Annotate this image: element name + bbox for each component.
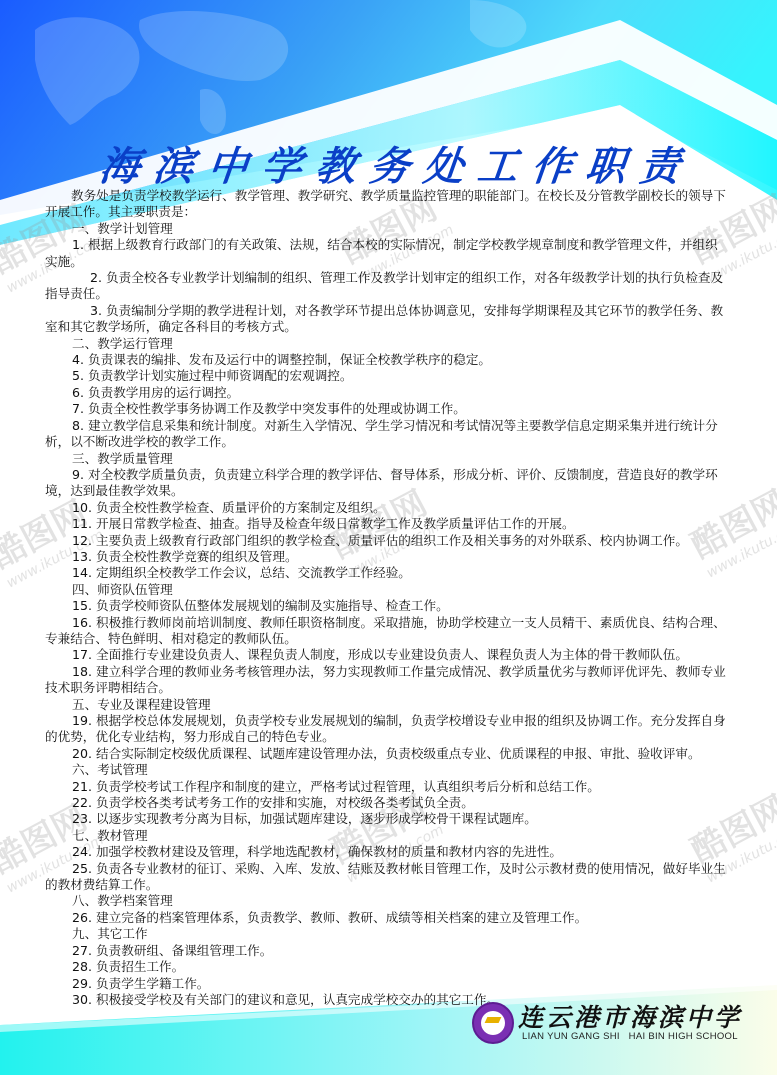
duty-item: 10. 负责全校性教学检查、质量评价的方案制定及组织。 xyxy=(45,500,730,516)
duty-item: 7. 负责全校性教学事务协调工作及教学中突发事件的处理或协调工作。 xyxy=(45,401,730,417)
title-char: 滨 xyxy=(151,135,197,192)
duty-item: 4. 负责课表的编排、发布及运行中的调整控制，保证全校教学秩序的稳定。 xyxy=(45,352,730,368)
intro-paragraph: 教务处是负责学校教学运行、教学管理、教学研究、教学质量监控管理的职能部门。在校长… xyxy=(45,188,730,221)
title-char: 教 xyxy=(313,135,359,192)
duty-item: 8. 建立教学信息采集和统计制度。对新生入学情况、学生学习情况和考试情况等主要教… xyxy=(45,418,730,451)
title-char: 学 xyxy=(259,135,305,192)
title-char: 务 xyxy=(367,135,413,192)
section-heading: 八、教学档案管理 xyxy=(45,893,730,909)
duty-item: 22. 负责学校各类考试考务工作的安排和实施，对校级各类考试负全责。 xyxy=(45,795,730,811)
duty-item: 18. 建立科学合理的教师业务考核管理办法，努力实现教师工作量完成情况、教学质量… xyxy=(45,664,730,697)
school-name-en: LIAN YUN GANG SHI HAI BIN HIGH SCHOOL xyxy=(522,1031,738,1042)
duty-item: 15. 负责学校师资队伍整体发展规划的编制及实施指导、检查工作。 xyxy=(45,598,730,614)
duty-item: 17. 全面推行专业建设负责人、课程负责人制度，形成以专业建设负责人、课程负责人… xyxy=(45,647,730,663)
duty-item: 20. 结合实际制定校级优质课程、试题库建设管理办法，负责校级重点专业、优质课程… xyxy=(45,746,730,762)
section-heading: 七、教材管理 xyxy=(45,828,730,844)
title-char: 海 xyxy=(97,135,143,192)
duty-item: 2. 负责全校各专业教学计划编制的组织、管理工作及教学计划审定的组织工作，对各年… xyxy=(45,270,730,303)
duty-item: 24. 加强学校教材建设及管理，科学地选配教材，确保教材的质量和教材内容的先进性… xyxy=(45,844,730,860)
duty-item: 6. 负责教学用房的运行调控。 xyxy=(45,385,730,401)
section-heading: 五、专业及课程建设管理 xyxy=(45,697,730,713)
title-char: 中 xyxy=(205,135,251,192)
duty-item: 16. 积极推行教师岗前培训制度、教师任职资格制度。采取措施，协助学校建立一支人… xyxy=(45,615,730,648)
title-char: 作 xyxy=(529,135,575,192)
duty-item: 29. 负责学生学籍工作。 xyxy=(45,976,730,992)
school-name-cn: 连云港市海滨中学 xyxy=(518,998,742,1034)
title-char: 工 xyxy=(475,135,521,192)
duty-item: 13. 负责全校性教学竞赛的组织及管理。 xyxy=(45,549,730,565)
duty-item: 9. 对全校教学质量负责，负责建立科学合理的教学评估、督导体系，形成分析、评价、… xyxy=(45,467,730,500)
duty-item: 14. 定期组织全校教学工作会议，总结、交流教学工作经验。 xyxy=(45,565,730,581)
duty-item: 11. 开展日常教学检查、抽查。指导及检查年级日常教学工作及教学质量评估工作的开… xyxy=(45,516,730,532)
duty-item: 25. 负责各专业教材的征订、采购、入库、发放、结账及教材帐目管理工作，及时公示… xyxy=(45,861,730,894)
section-heading: 四、师资队伍管理 xyxy=(45,582,730,598)
duty-item: 1. 根据上级教育行政部门的有关政策、法规，结合本校的实际情况，制定学校教学规章… xyxy=(45,237,730,270)
school-emblem-icon xyxy=(472,1002,514,1044)
duty-item: 19. 根据学校总体发展规划，负责学校专业发展规划的编制，负责学校增设专业申报的… xyxy=(45,713,730,746)
duty-item: 5. 负责教学计划实施过程中师资调配的宏观调控。 xyxy=(45,368,730,384)
section-heading: 一、教学计划管理 xyxy=(45,221,730,237)
duty-item: 28. 负责招生工作。 xyxy=(45,959,730,975)
duty-item: 27. 负责教研组、备课组管理工作。 xyxy=(45,943,730,959)
title-char: 责 xyxy=(637,135,683,192)
duty-item: 23. 以逐步实现教考分离为目标，加强试题库建设，逐步形成学校骨干课程试题库。 xyxy=(45,811,730,827)
section-heading: 二、教学运行管理 xyxy=(45,336,730,352)
duty-item: 3. 负责编制分学期的教学进程计划，对各教学环节提出总体协调意见，安排每学期课程… xyxy=(45,303,730,336)
school-logo: 连云港市海滨中学 LIAN YUN GANG SHI HAI BIN HIGH … xyxy=(472,1000,742,1050)
title-char: 职 xyxy=(583,135,629,192)
section-heading: 六、考试管理 xyxy=(45,762,730,778)
title-char: 处 xyxy=(421,135,467,192)
duty-item: 26. 建立完备的档案管理体系，负责教学、教师、教研、成绩等相关档案的建立及管理… xyxy=(45,910,730,926)
duties-content: 教务处是负责学校教学运行、教学管理、教学研究、教学质量监控管理的职能部门。在校长… xyxy=(45,188,730,1008)
section-heading: 三、教学质量管理 xyxy=(45,451,730,467)
section-heading: 九、其它工作 xyxy=(45,926,730,942)
page-title: 海 滨 中 学 教 务 处 工 作 职 责 xyxy=(100,136,680,190)
duty-item: 12. 主要负责上级教育行政部门组织的教学检查、质量评估的组织工作及相关事务的对… xyxy=(45,533,730,549)
duty-item: 21. 负责学校考试工作程序和制度的建立，严格考试过程管理，认真组织考后分析和总… xyxy=(45,779,730,795)
